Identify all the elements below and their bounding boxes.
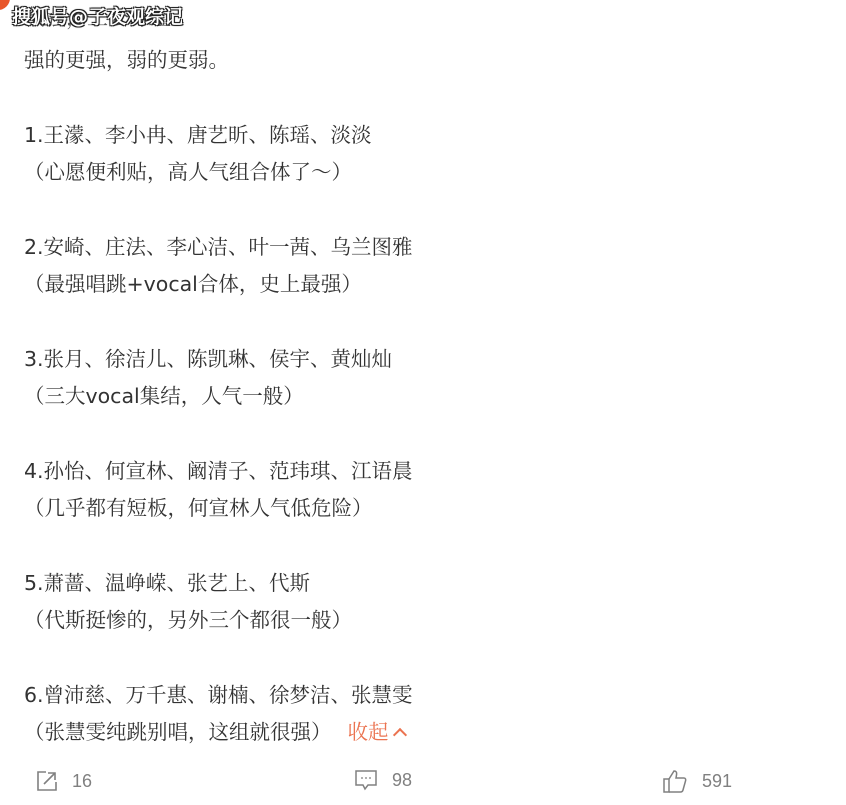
- comment-count: 98: [392, 770, 412, 791]
- group-comment: （代斯挺惨的，另外三个都很一般）: [24, 602, 822, 639]
- group-members: 2.安崎、庄法、李心洁、叶一茜、乌兰图雅: [24, 229, 822, 266]
- watermark: 搜狐号@子夜观综记: [12, 5, 183, 29]
- group-comment: （张慧雯纯跳别唱，这组就很强）收起: [24, 714, 822, 751]
- group-3: 3.张月、徐洁儿、陈凯琳、侯宇、黄灿灿 （三大vocal集结，人气一般）: [24, 341, 822, 415]
- share-icon: [36, 770, 58, 792]
- collapse-label: 收起: [348, 720, 389, 744]
- group-members: 3.张月、徐洁儿、陈凯琳、侯宇、黄灿灿: [24, 341, 822, 378]
- group-comment-text: （张慧雯纯跳别唱，这组就很强）: [24, 720, 332, 744]
- group-members: 4.孙怡、何宣林、阚清子、范玮琪、江语晨: [24, 453, 822, 490]
- collapse-button[interactable]: 收起: [348, 720, 405, 744]
- group-6: 6.曾沛慈、万千惠、谢楠、徐梦洁、张慧雯 （张慧雯纯跳别唱，这组就很强）收起: [24, 677, 822, 751]
- like-count: 591: [702, 771, 732, 792]
- action-bar: 16 98 591: [0, 766, 846, 800]
- group-5: 5.萧蔷、温峥嵘、张艺上、代斯 （代斯挺惨的，另外三个都很一般）: [24, 565, 822, 639]
- comment-button[interactable]: 98: [354, 768, 412, 792]
- group-1: 1.王濛、李小冉、唐艺昕、陈瑶、淡淡 （心愿便利贴，高人气组合体了～）: [24, 117, 822, 191]
- avatar[interactable]: [0, 0, 10, 10]
- group-comment: （几乎都有短板，何宣林人气低危险）: [24, 490, 822, 527]
- share-count: 16: [72, 771, 92, 792]
- group-members: 6.曾沛慈、万千惠、谢楠、徐梦洁、张慧雯: [24, 677, 822, 714]
- group-comment: （三大vocal集结，人气一般）: [24, 378, 822, 415]
- group-members: 1.王濛、李小冉、唐艺昕、陈瑶、淡淡: [24, 117, 822, 154]
- group-comment: （心愿便利贴，高人气组合体了～）: [24, 154, 822, 191]
- group-members: 5.萧蔷、温峥嵘、张艺上、代斯: [24, 565, 822, 602]
- post-intro: 强的更强，弱的更弱。: [24, 42, 822, 79]
- group-2: 2.安崎、庄法、李心洁、叶一茜、乌兰图雅 （最强唱跳+vocal合体，史上最强）: [24, 229, 822, 303]
- group-comment: （最强唱跳+vocal合体，史上最强）: [24, 266, 822, 303]
- group-4: 4.孙怡、何宣林、阚清子、范玮琪、江语晨 （几乎都有短板，何宣林人气低危险）: [24, 453, 822, 527]
- thumbs-up-icon: [662, 768, 688, 794]
- comment-icon: [354, 768, 378, 792]
- chevron-up-icon: [392, 728, 406, 742]
- share-button[interactable]: 16: [36, 770, 92, 792]
- like-button[interactable]: 591: [662, 768, 732, 794]
- post-body: 强的更强，弱的更弱。 1.王濛、李小冉、唐艺昕、陈瑶、淡淡 （心愿便利贴，高人气…: [24, 42, 822, 751]
